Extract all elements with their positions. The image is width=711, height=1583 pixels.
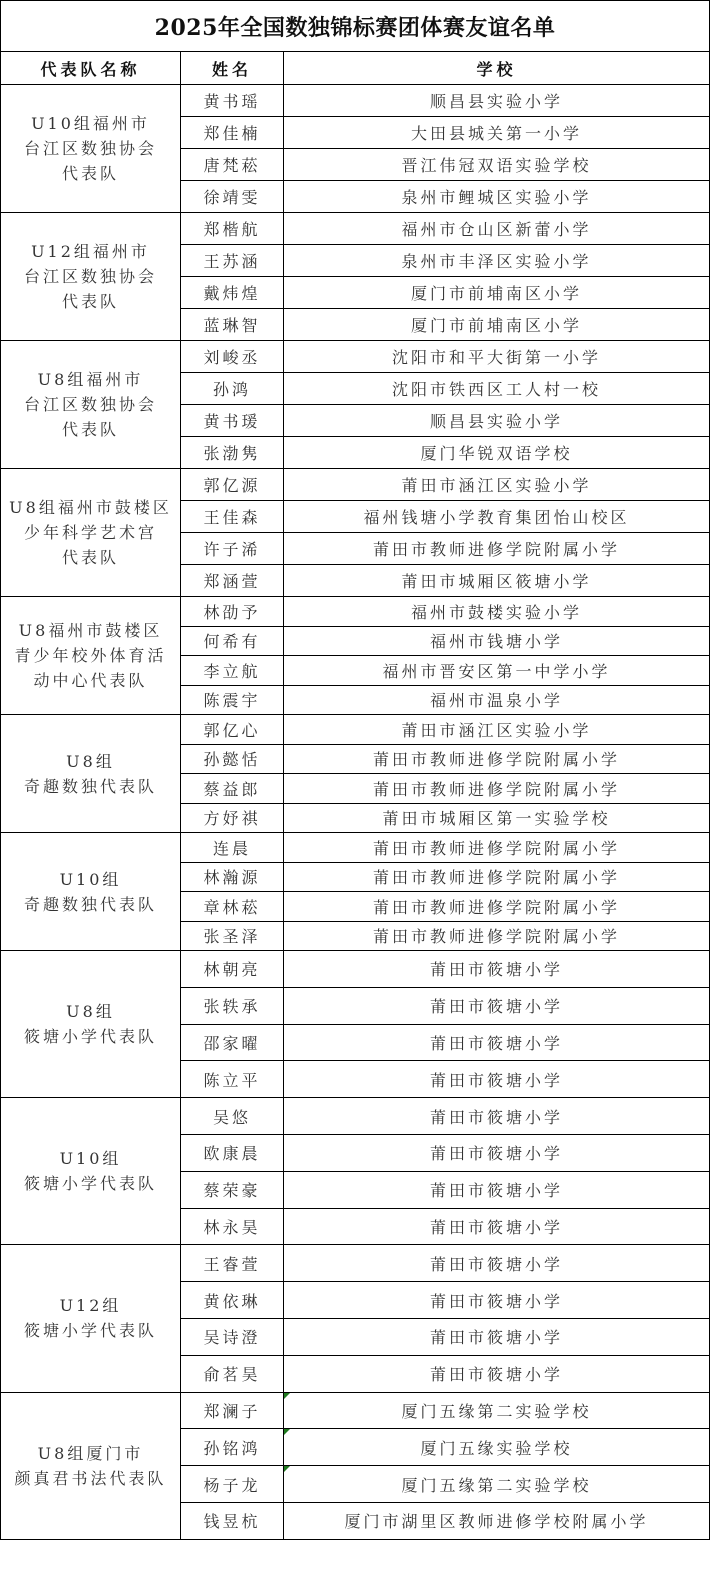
school-text: 莆田市筱塘小学 — [430, 1365, 563, 1384]
school-text: 大田县城关第一小学 — [411, 124, 582, 143]
school-cell[interactable]: 福州市温泉小学 — [284, 685, 710, 715]
school-text: 莆田市筱塘小学 — [430, 1108, 563, 1127]
team-name-cell[interactable]: U10组筱塘小学代表队 — [1, 1098, 181, 1245]
team-name-line: 代表队 — [1, 289, 180, 314]
table-row: U10组福州市台江区数独协会代表队黄书瑶顺昌县实验小学 — [1, 85, 710, 117]
school-cell[interactable]: 顺昌县实验小学 — [284, 405, 710, 437]
member-name-cell[interactable]: 郭亿源 — [181, 469, 284, 501]
member-name-cell[interactable]: 蓝琳智 — [181, 309, 284, 341]
team-name-cell[interactable]: U10组福州市台江区数独协会代表队 — [1, 85, 181, 213]
team-name-line: 筱塘小学代表队 — [1, 1171, 180, 1196]
team-name-line: U10组福州市 — [1, 111, 180, 136]
member-name-cell[interactable]: 郑涵萱 — [181, 565, 284, 597]
team-name-cell[interactable]: U12组福州市台江区数独协会代表队 — [1, 213, 181, 341]
team-name-line: U12组 — [1, 1293, 180, 1318]
member-name-cell[interactable]: 孙铭鸿 — [181, 1429, 284, 1466]
school-text: 莆田市筱塘小学 — [430, 997, 563, 1016]
member-name-cell[interactable]: 何希有 — [181, 626, 284, 656]
member-name-cell[interactable]: 连晨 — [181, 833, 284, 863]
school-cell[interactable]: 莆田市教师进修学院附属小学 — [284, 862, 710, 892]
school-text: 莆田市筱塘小学 — [430, 1255, 563, 1274]
school-cell[interactable]: 莆田市城厢区筱塘小学 — [284, 565, 710, 597]
table-row: U10组筱塘小学代表队吴悠莆田市筱塘小学 — [1, 1098, 710, 1135]
member-name-cell[interactable]: 戴炜煌 — [181, 277, 284, 309]
school-text: 泉州市丰泽区实验小学 — [402, 252, 592, 271]
team-name-cell[interactable]: U8福州市鼓楼区青少年校外体育活动中心代表队 — [1, 597, 181, 715]
member-name-cell[interactable]: 杨子龙 — [181, 1466, 284, 1503]
school-text: 莆田市教师进修学院附属小学 — [373, 898, 620, 917]
member-name-cell[interactable]: 林劭予 — [181, 597, 284, 627]
school-text: 厦门五缘第二实验学校 — [402, 1476, 592, 1495]
school-cell[interactable]: 厦门五缘第二实验学校 — [284, 1392, 710, 1429]
team-name-cell[interactable]: U8组奇趣数独代表队 — [1, 715, 181, 833]
member-name-cell[interactable]: 张圣泽 — [181, 921, 284, 951]
school-text: 莆田市教师进修学院附属小学 — [373, 780, 620, 799]
team-name-line: 青少年校外体育活 — [1, 643, 180, 668]
member-name-cell[interactable]: 王佳森 — [181, 501, 284, 533]
school-cell[interactable]: 厦门华锐双语学校 — [284, 437, 710, 469]
school-cell[interactable]: 莆田市筱塘小学 — [284, 1171, 710, 1208]
member-name-cell[interactable]: 林瀚源 — [181, 862, 284, 892]
table-row: U8组福州市台江区数独协会代表队刘峻丞沈阳市和平大街第一小学 — [1, 341, 710, 373]
school-text: 福州钱塘小学教育集团怡山校区 — [364, 508, 630, 527]
school-cell[interactable]: 莆田市筱塘小学 — [284, 951, 710, 988]
team-name-line: 奇趣数独代表队 — [1, 774, 180, 799]
team-name-line: 动中心代表队 — [1, 668, 180, 693]
school-cell[interactable]: 厦门市湖里区教师进修学校附属小学 — [284, 1502, 710, 1539]
school-cell[interactable]: 厦门市前埔南区小学 — [284, 277, 710, 309]
school-text: 莆田市筱塘小学 — [430, 1034, 563, 1053]
school-text: 福州市仓山区新蕾小学 — [402, 220, 592, 239]
school-cell[interactable]: 莆田市涵江区实验小学 — [284, 715, 710, 745]
team-name-cell[interactable]: U8组福州市鼓楼区少年科学艺术宫代表队 — [1, 469, 181, 597]
roster-table: 2025年全国数独锦标赛团体赛友谊名单 代表队名称 姓名 学校 U10组福州市台… — [0, 0, 710, 1540]
school-cell[interactable]: 福州市鼓楼实验小学 — [284, 597, 710, 627]
school-cell[interactable]: 莆田市筱塘小学 — [284, 1208, 710, 1245]
school-text: 莆田市教师进修学院附属小学 — [373, 750, 620, 769]
school-text: 莆田市城厢区筱塘小学 — [402, 572, 592, 591]
header-row: 代表队名称 姓名 学校 — [1, 52, 710, 85]
school-cell[interactable]: 莆田市涵江区实验小学 — [284, 469, 710, 501]
school-text: 厦门市前埔南区小学 — [411, 316, 582, 335]
school-cell[interactable]: 大田县城关第一小学 — [284, 117, 710, 149]
member-name-cell[interactable]: 俞茗昊 — [181, 1355, 284, 1392]
school-cell[interactable]: 福州市仓山区新蕾小学 — [284, 213, 710, 245]
school-cell[interactable]: 福州市钱塘小学 — [284, 626, 710, 656]
member-name-cell[interactable]: 唐梵菘 — [181, 149, 284, 181]
member-name-cell[interactable]: 李立航 — [181, 656, 284, 686]
school-cell[interactable]: 莆田市教师进修学院附属小学 — [284, 744, 710, 774]
team-name-line: U8组福州市 — [1, 367, 180, 392]
school-cell[interactable]: 沈阳市和平大街第一小学 — [284, 341, 710, 373]
school-text: 顺昌县实验小学 — [430, 92, 563, 111]
school-cell[interactable]: 莆田市筱塘小学 — [284, 1318, 710, 1355]
header-team[interactable]: 代表队名称 — [1, 52, 181, 85]
school-text: 莆田市涵江区实验小学 — [402, 476, 592, 495]
member-name-cell[interactable]: 蔡荣豪 — [181, 1171, 284, 1208]
school-text: 厦门华锐双语学校 — [421, 444, 573, 463]
member-name-cell[interactable]: 吴悠 — [181, 1098, 284, 1135]
team-name-line: 筱塘小学代表队 — [1, 1024, 180, 1049]
school-text: 福州市钱塘小学 — [430, 632, 563, 651]
school-cell[interactable]: 福州钱塘小学教育集团怡山校区 — [284, 501, 710, 533]
cell-error-indicator-icon[interactable] — [284, 1393, 290, 1399]
table-row: U8组厦门市颜真君书法代表队郑澜子厦门五缘第二实验学校 — [1, 1392, 710, 1429]
member-name-cell[interactable]: 邵家曜 — [181, 1024, 284, 1061]
school-cell[interactable]: 泉州市丰泽区实验小学 — [284, 245, 710, 277]
team-name-line: 代表队 — [1, 161, 180, 186]
school-text: 晋江伟冠双语实验学校 — [402, 156, 592, 175]
school-cell[interactable]: 莆田市筱塘小学 — [284, 1245, 710, 1282]
member-name-cell[interactable]: 张轶承 — [181, 987, 284, 1024]
team-name-line: 台江区数独协会 — [1, 136, 180, 161]
school-text: 厦门市前埔南区小学 — [411, 284, 582, 303]
school-cell[interactable]: 莆田市筱塘小学 — [284, 1282, 710, 1319]
school-cell[interactable]: 晋江伟冠双语实验学校 — [284, 149, 710, 181]
team-name-line: 颜真君书法代表队 — [1, 1466, 180, 1491]
school-text: 莆田市筱塘小学 — [430, 960, 563, 979]
school-text: 厦门市湖里区教师进修学校附属小学 — [345, 1512, 649, 1531]
school-text: 莆田市筱塘小学 — [430, 1071, 563, 1090]
member-name-cell[interactable]: 林朝亮 — [181, 951, 284, 988]
school-cell[interactable]: 福州市晋安区第一中学小学 — [284, 656, 710, 686]
school-text: 泉州市鲤城区实验小学 — [402, 188, 592, 207]
school-text: 福州市温泉小学 — [430, 691, 563, 710]
school-text: 沈阳市铁西区工人村一校 — [392, 380, 601, 399]
member-name-cell[interactable]: 林永昊 — [181, 1208, 284, 1245]
team-name-line: 代表队 — [1, 417, 180, 442]
team-name-line: 台江区数独协会 — [1, 392, 180, 417]
school-cell[interactable]: 莆田市筱塘小学 — [284, 1134, 710, 1171]
school-text: 莆田市教师进修学院附属小学 — [373, 839, 620, 858]
cell-error-indicator-icon[interactable] — [284, 1466, 290, 1472]
member-name-cell[interactable]: 郑佳楠 — [181, 117, 284, 149]
school-cell[interactable]: 莆田市筱塘小学 — [284, 1061, 710, 1098]
team-name-line: U10组 — [1, 867, 180, 892]
member-name-cell[interactable]: 黄书瑗 — [181, 405, 284, 437]
school-text: 莆田市筱塘小学 — [430, 1181, 563, 1200]
school-text: 莆田市城厢区第一实验学校 — [383, 809, 611, 828]
table-row: U8组奇趣数独代表队郭亿心莆田市涵江区实验小学 — [1, 715, 710, 745]
school-text: 莆田市筱塘小学 — [430, 1144, 563, 1163]
member-name-cell[interactable]: 徐靖雯 — [181, 181, 284, 213]
school-text: 莆田市筱塘小学 — [430, 1218, 563, 1237]
cell-error-indicator-icon[interactable] — [284, 1429, 290, 1435]
school-text: 厦门五缘第二实验学校 — [402, 1402, 592, 1421]
member-name-cell[interactable]: 郑澜子 — [181, 1392, 284, 1429]
table-row: U12组筱塘小学代表队王睿萱莆田市筱塘小学 — [1, 1245, 710, 1282]
school-cell[interactable]: 莆田市筱塘小学 — [284, 1355, 710, 1392]
title-row: 2025年全国数独锦标赛团体赛友谊名单 — [1, 1, 710, 52]
school-cell[interactable]: 莆田市教师进修学院附属小学 — [284, 533, 710, 565]
team-name-line: 台江区数独协会 — [1, 264, 180, 289]
member-name-cell[interactable]: 孙懿恬 — [181, 744, 284, 774]
member-name-cell[interactable]: 陈震宇 — [181, 685, 284, 715]
team-name-line: 代表队 — [1, 545, 180, 570]
team-name-cell[interactable]: U12组筱塘小学代表队 — [1, 1245, 181, 1392]
school-cell[interactable]: 莆田市教师进修学院附属小学 — [284, 921, 710, 951]
team-name-line: U8福州市鼓楼区 — [1, 618, 180, 643]
team-name-cell[interactable]: U8组厦门市颜真君书法代表队 — [1, 1392, 181, 1539]
school-cell[interactable]: 厦门市前埔南区小学 — [284, 309, 710, 341]
school-cell[interactable]: 莆田市教师进修学院附属小学 — [284, 892, 710, 922]
team-name-line: 筱塘小学代表队 — [1, 1318, 180, 1343]
team-name-cell[interactable]: U8组筱塘小学代表队 — [1, 951, 181, 1098]
school-text: 莆田市筱塘小学 — [430, 1328, 563, 1347]
sheet-title[interactable]: 2025年全国数独锦标赛团体赛友谊名单 — [1, 1, 710, 52]
member-name-cell[interactable]: 方妤祺 — [181, 803, 284, 833]
table-row: U12组福州市台江区数独协会代表队郑楷航福州市仓山区新蕾小学 — [1, 213, 710, 245]
member-name-cell[interactable]: 章林菘 — [181, 892, 284, 922]
table-row: U8福州市鼓楼区青少年校外体育活动中心代表队林劭予福州市鼓楼实验小学 — [1, 597, 710, 627]
school-cell[interactable]: 沈阳市铁西区工人村一校 — [284, 373, 710, 405]
school-text: 厦门五缘实验学校 — [421, 1439, 573, 1458]
school-text: 福州市鼓楼实验小学 — [411, 603, 582, 622]
team-name-cell[interactable]: U10组奇趣数独代表队 — [1, 833, 181, 951]
team-name-line: U10组 — [1, 1146, 180, 1171]
school-cell[interactable]: 莆田市教师进修学院附属小学 — [284, 833, 710, 863]
school-cell[interactable]: 厦门五缘第二实验学校 — [284, 1466, 710, 1503]
member-name-cell[interactable]: 王睿萱 — [181, 1245, 284, 1282]
school-cell[interactable]: 莆田市筱塘小学 — [284, 1098, 710, 1135]
team-name-line: 少年科学艺术宫 — [1, 520, 180, 545]
school-text: 莆田市教师进修学院附属小学 — [373, 540, 620, 559]
member-name-cell[interactable]: 郭亿心 — [181, 715, 284, 745]
school-cell[interactable]: 莆田市城厢区第一实验学校 — [284, 803, 710, 833]
school-text: 顺昌县实验小学 — [430, 412, 563, 431]
member-name-cell[interactable]: 吴诗澄 — [181, 1318, 284, 1355]
school-cell[interactable]: 顺昌县实验小学 — [284, 85, 710, 117]
school-cell[interactable]: 厦门五缘实验学校 — [284, 1429, 710, 1466]
team-name-cell[interactable]: U8组福州市台江区数独协会代表队 — [1, 341, 181, 469]
member-name-cell[interactable]: 黄书瑶 — [181, 85, 284, 117]
table-row: U8组筱塘小学代表队林朝亮莆田市筱塘小学 — [1, 951, 710, 988]
member-name-cell[interactable]: 王苏涵 — [181, 245, 284, 277]
roster-body: U10组福州市台江区数独协会代表队黄书瑶顺昌县实验小学郑佳楠大田县城关第一小学唐… — [1, 85, 710, 1540]
school-cell[interactable]: 莆田市筱塘小学 — [284, 1024, 710, 1061]
member-name-cell[interactable]: 刘峻丞 — [181, 341, 284, 373]
member-name-cell[interactable]: 郑楷航 — [181, 213, 284, 245]
member-name-cell[interactable]: 许子浠 — [181, 533, 284, 565]
table-row: U10组奇趣数独代表队连晨莆田市教师进修学院附属小学 — [1, 833, 710, 863]
member-name-cell[interactable]: 张渤隽 — [181, 437, 284, 469]
table-row: U8组福州市鼓楼区少年科学艺术宫代表队郭亿源莆田市涵江区实验小学 — [1, 469, 710, 501]
team-name-line: U8组厦门市 — [1, 1441, 180, 1466]
team-name-line: 奇趣数独代表队 — [1, 892, 180, 917]
school-cell[interactable]: 莆田市教师进修学院附属小学 — [284, 774, 710, 804]
team-name-line: U8组 — [1, 999, 180, 1024]
member-name-cell[interactable]: 陈立平 — [181, 1061, 284, 1098]
member-name-cell[interactable]: 黄依琳 — [181, 1282, 284, 1319]
team-name-line: U8组 — [1, 749, 180, 774]
member-name-cell[interactable]: 欧康晨 — [181, 1134, 284, 1171]
school-cell[interactable]: 泉州市鲤城区实验小学 — [284, 181, 710, 213]
header-school[interactable]: 学校 — [284, 52, 710, 85]
team-name-line: U8组福州市鼓楼区 — [1, 495, 180, 520]
school-text: 莆田市教师进修学院附属小学 — [373, 927, 620, 946]
school-text: 莆田市教师进修学院附属小学 — [373, 868, 620, 887]
school-cell[interactable]: 莆田市筱塘小学 — [284, 987, 710, 1024]
roster-sheet: 2025年全国数独锦标赛团体赛友谊名单 代表队名称 姓名 学校 U10组福州市台… — [0, 0, 709, 1540]
member-name-cell[interactable]: 钱昱杭 — [181, 1502, 284, 1539]
member-name-cell[interactable]: 孙鸿 — [181, 373, 284, 405]
school-text: 莆田市涵江区实验小学 — [402, 721, 592, 740]
team-name-line: U12组福州市 — [1, 239, 180, 264]
member-name-cell[interactable]: 蔡益郎 — [181, 774, 284, 804]
header-name[interactable]: 姓名 — [181, 52, 284, 85]
school-text: 沈阳市和平大街第一小学 — [392, 348, 601, 367]
school-text: 莆田市筱塘小学 — [430, 1292, 563, 1311]
school-text: 福州市晋安区第一中学小学 — [383, 662, 611, 681]
